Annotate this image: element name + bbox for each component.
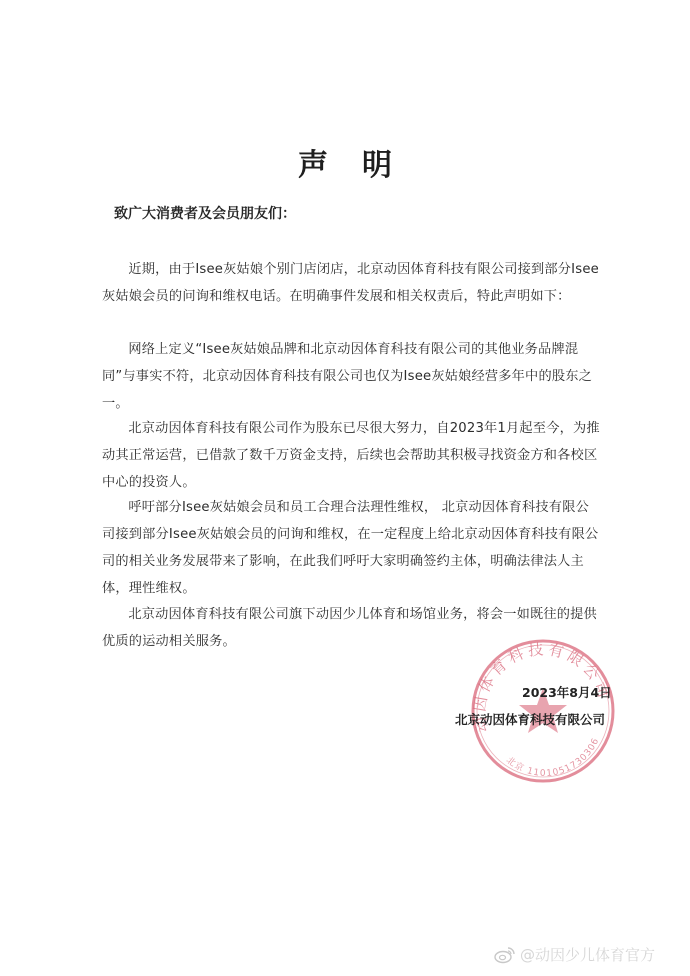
paragraph-1: 近期，由于Isee灰姑娘个别门店闭店，北京动因体育科技有限公司接到部分Isee灰… [102,256,602,310]
signature-date: 2023年8月4日 [522,683,612,701]
weibo-icon [494,946,516,964]
paragraph-2: 网络上定义“Isee灰姑娘品牌和北京动因体育科技有限公司的其他业务品牌混同”与事… [102,336,602,417]
paragraph-3: 北京动因体育科技有限公司作为股东已尽很大努力，自2023年1月起至今，为推动其正… [102,415,602,496]
svg-text:北京 1101051730306: 北京 1101051730306 [504,736,602,779]
page-title: 声明 [0,140,690,184]
paragraph-4: 呼吁部分Isee灰姑娘会员和员工合理合法理性维权， 北京动因体育科技有限公司接到… [102,494,602,602]
salutation: 致广大消费者及会员朋友们： [114,203,296,223]
weibo-watermark: @动因少儿体育官方 [494,944,655,965]
watermark-text: @动因少儿体育官方 [520,944,655,965]
signature-company: 北京动因体育科技有限公司 [455,710,605,728]
